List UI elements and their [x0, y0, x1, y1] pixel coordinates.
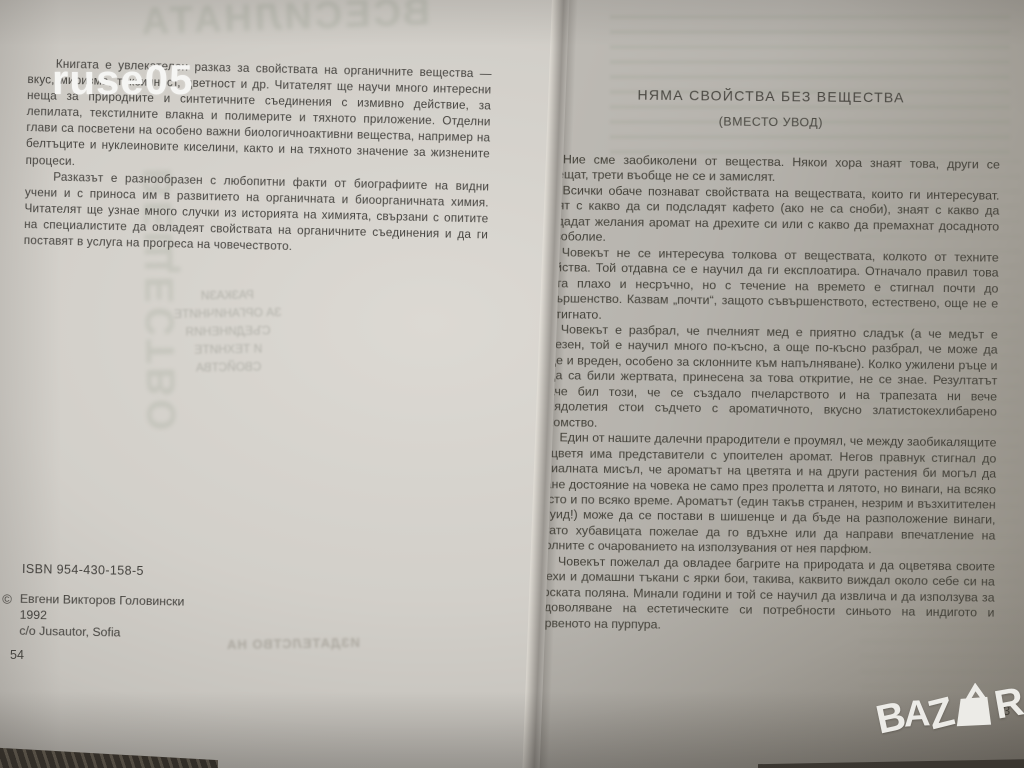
- left-page-number: 54: [10, 648, 24, 662]
- show-through-line: И ТЕХНИТЕ: [148, 339, 308, 360]
- chapter-body-text: Ние сме заобиколени от вещества. Някои х…: [531, 152, 1000, 637]
- annotation-paragraph: Разказът е разнообразен с любопитни факт…: [24, 169, 490, 260]
- show-through-line: ЗА ОРГАНИЧНИТЕ: [148, 303, 308, 324]
- copyright-holder: Евгени Викторов Головински: [20, 591, 185, 610]
- isbn: ISBN 954-430-158-5: [22, 562, 144, 578]
- body-paragraph: Човекът пожелал да овладее багрите на пр…: [531, 554, 995, 637]
- seller-watermark: ruse05: [52, 56, 193, 104]
- show-through-line: РАЗКАЗИ: [147, 285, 307, 306]
- show-through-cover-title-vertical: ВЕЩЕСТВО: [136, 168, 186, 429]
- book-photo: ВСЕСИЛНАТА ВЕЩЕСТВО РАЗКАЗИ ЗА ОРГАНИЧНИ…: [0, 0, 1024, 768]
- show-through-line: СВОЙСТВА: [148, 357, 308, 378]
- show-through-publisher: ИЗДАТЕЛСТВО НА: [226, 635, 360, 652]
- show-through-print-lines: [860, 150, 1020, 690]
- copyright-block: © Евгени Викторов Головински 1992 c/o Ju…: [2, 590, 185, 641]
- copyright-icon: ©: [2, 591, 12, 638]
- show-through-print-lines: [610, 6, 1010, 156]
- show-through-cover-subtitle: РАЗКАЗИ ЗА ОРГАНИЧНИТЕ СЪЕДИНЕНИЯ И ТЕХН…: [147, 285, 309, 378]
- copyright-agency: c/o Jusautor, Sofia: [19, 623, 184, 642]
- shopping-bag-icon: [954, 682, 994, 729]
- body-paragraph: Всички обаче познават свойствата на веще…: [536, 183, 1000, 250]
- chapter-subtitle: (ВМЕСТО УВОД): [585, 113, 957, 131]
- body-paragraph: Един от нашите далечни прародители е про…: [532, 430, 996, 559]
- logo-letter: R: [991, 680, 1024, 729]
- show-through-line: СЪЕДИНЕНИЯ: [148, 321, 308, 342]
- body-paragraph: Ние сме заобиколени от вещества. Някои х…: [537, 152, 1000, 189]
- copyright-year: 1992: [19, 607, 184, 626]
- body-paragraph: Човекът е разбрал, че пчелният мед е при…: [534, 322, 998, 436]
- chapter-heading: НЯМА СВОЙСТВА БЕЗ ВЕЩЕСТВА (ВМЕСТО УВОД): [585, 86, 957, 131]
- show-through-cover-title: ВСЕСИЛНАТА: [149, 0, 430, 44]
- body-paragraph: Човекът не се интересува толкова от веще…: [535, 245, 999, 328]
- chapter-title: НЯМА СВОЙСТВА БЕЗ ВЕЩЕСТВА: [585, 86, 957, 106]
